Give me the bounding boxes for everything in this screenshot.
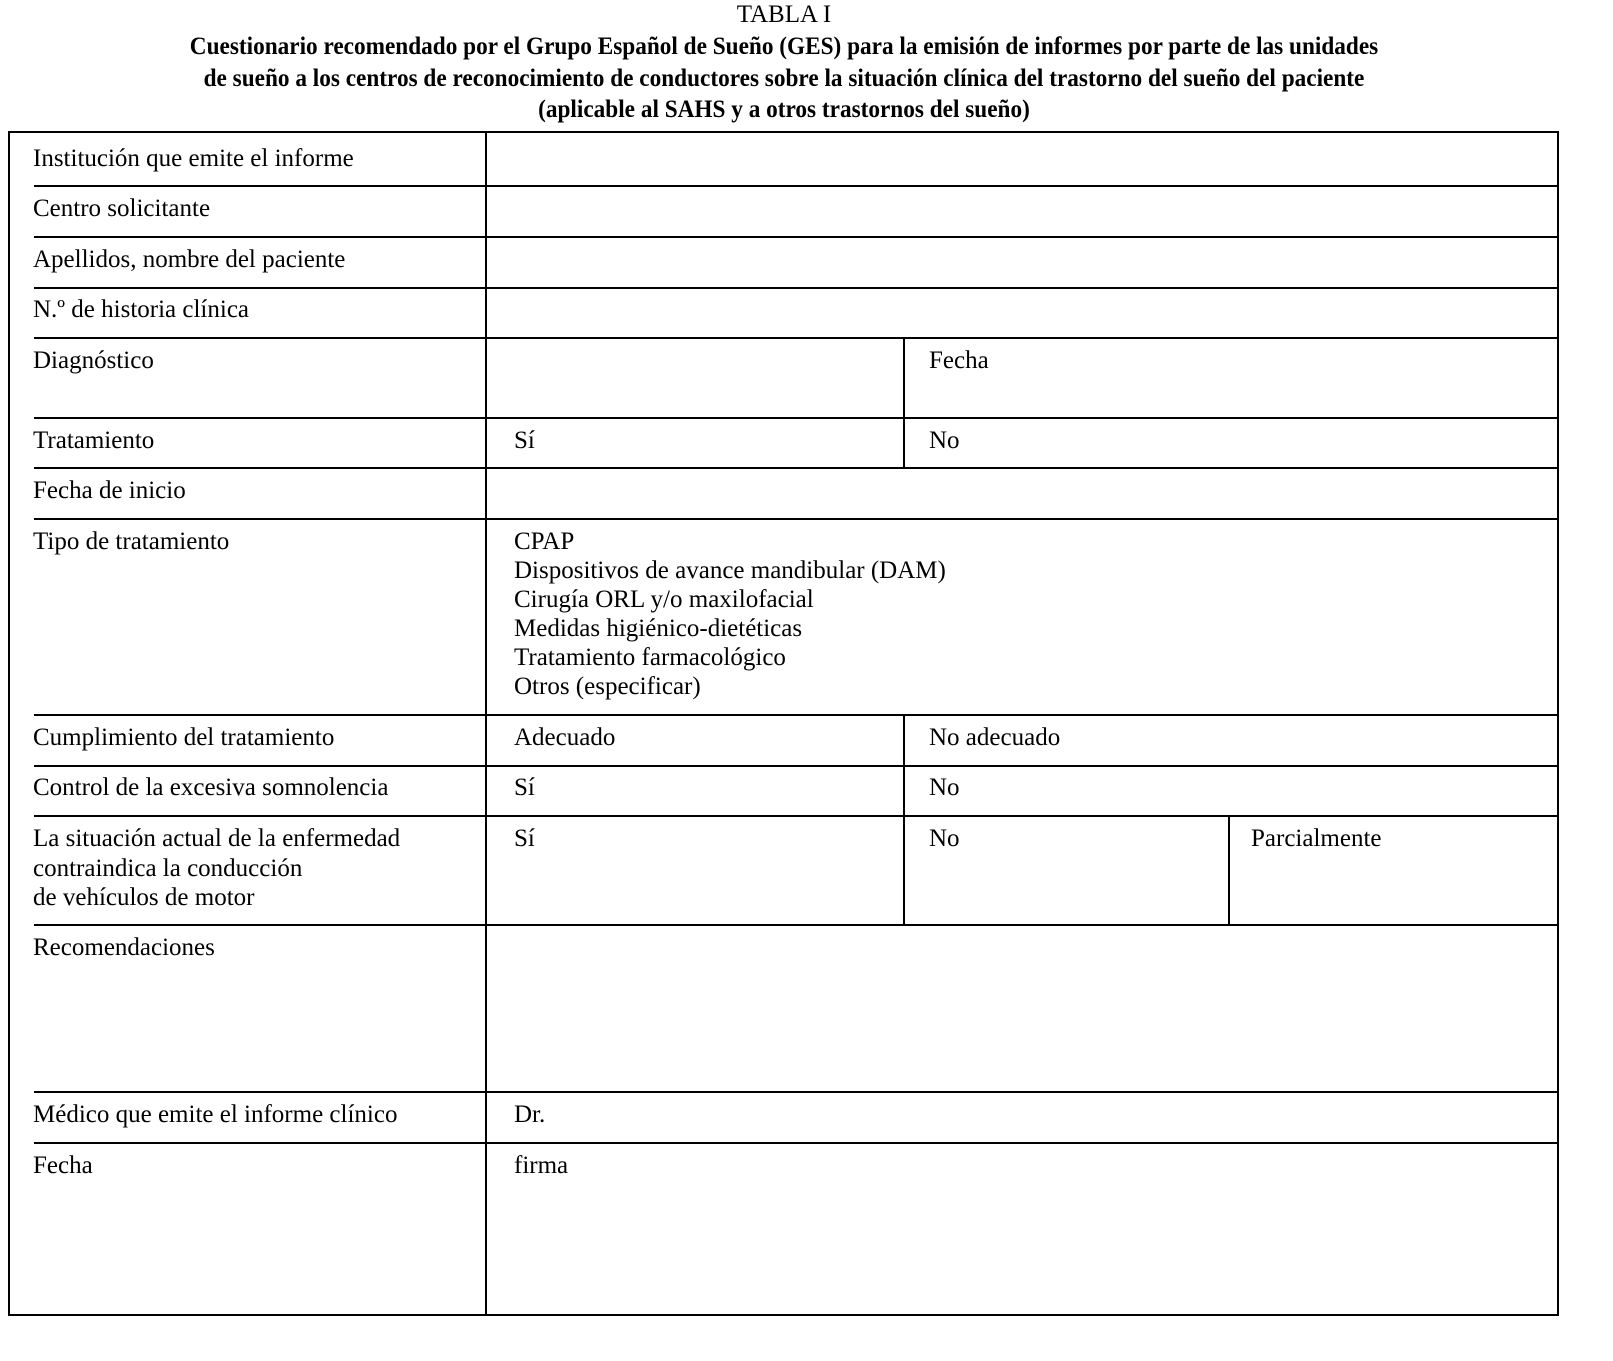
field-fecha-inicio[interactable] [487,469,1559,518]
row-divider [34,714,1557,716]
field-medico[interactable]: Dr. [514,1100,545,1130]
option-situacion-si[interactable]: Sí [514,824,535,854]
field-recomendaciones[interactable] [487,926,1559,1091]
field-historia-clinica[interactable] [487,289,1559,337]
option-cirugia[interactable]: Cirugía ORL y/o maxilofacial [514,585,814,615]
option-otros[interactable]: Otros (especificar) [514,672,701,702]
option-situacion-parcialmente[interactable]: Parcialmente [1251,824,1382,854]
column-divider [903,337,905,469]
field-firma[interactable]: firma [514,1151,568,1181]
row-divider [34,1142,1557,1144]
label-diagnostico-fecha: Fecha [929,346,989,376]
label-historia-clinica: N.º de historia clínica [33,295,249,325]
field-diagnostico[interactable] [487,339,903,417]
label-situacion-line: contraindica la conducción [33,854,400,884]
label-centro-solicitante: Centro solicitante [33,194,210,224]
option-medidas[interactable]: Medidas higiénico-dietéticas [514,614,802,644]
label-cumplimiento: Cumplimiento del tratamiento [33,723,334,753]
column-divider [903,714,905,926]
row-divider [34,765,1557,767]
option-farmacologico[interactable]: Tratamiento farmacológico [514,643,786,673]
row-divider [34,417,1557,419]
option-no-adecuado[interactable]: No adecuado [929,723,1060,753]
option-control-no[interactable]: No [929,773,960,803]
option-cpap[interactable]: CPAP [514,527,574,557]
label-fecha-inicio: Fecha de inicio [33,476,186,506]
table-number: TABLA I [0,0,1568,30]
label-situacion-line: La situación actual de la enfermedad [33,824,400,854]
table-title-line: (aplicable al SAHS y a otros trastornos … [92,94,1476,126]
field-centro-solicitante[interactable] [487,187,1559,236]
option-dam[interactable]: Dispositivos de avance mandibular (DAM) [514,556,946,586]
label-tratamiento: Tratamiento [33,426,154,456]
label-situacion-line: de vehículos de motor [33,883,400,913]
label-medico: Médico que emite el informe clínico [33,1100,397,1130]
label-tipo-tratamiento: Tipo de tratamiento [33,527,229,557]
field-institucion[interactable] [487,133,1559,185]
table-title-line: de sueño a los centros de reconocimiento… [92,63,1476,95]
table-title-line: Cuestionario recomendado por el Grupo Es… [92,31,1476,63]
label-situacion: La situación actual de la enfermedad con… [33,824,400,913]
option-control-si[interactable]: Sí [514,773,535,803]
column-divider [1228,815,1230,926]
row-divider [34,518,1557,520]
row-divider [34,815,1557,817]
label-control-somnolencia: Control de la excesiva somnolencia [33,773,388,803]
table-title: Cuestionario recomendado por el Grupo Es… [92,31,1476,126]
field-paciente[interactable] [487,238,1559,287]
option-adecuado[interactable]: Adecuado [514,723,615,753]
option-tratamiento-no[interactable]: No [929,426,960,456]
questionnaire-table: Institución que emite el informe Centro … [8,131,1559,1316]
label-paciente: Apellidos, nombre del paciente [33,245,345,275]
option-tratamiento-si[interactable]: Sí [514,426,535,456]
label-fecha: Fecha [33,1151,93,1181]
label-recomendaciones: Recomendaciones [33,933,215,963]
label-institucion: Institución que emite el informe [33,144,354,174]
label-diagnostico: Diagnóstico [33,346,154,376]
row-divider [34,1091,1557,1093]
option-situacion-no[interactable]: No [929,824,960,854]
